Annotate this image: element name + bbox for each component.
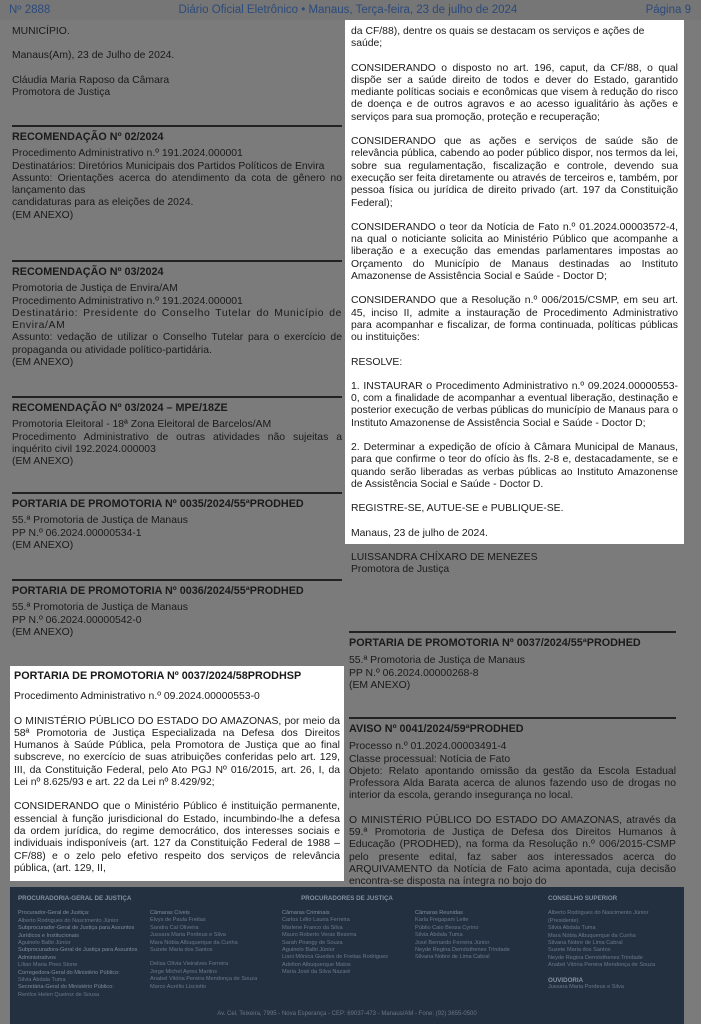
- footer-name: Secretária-Geral do Ministério Público:: [18, 984, 148, 991]
- section-title: RECOMENDAÇÃO Nº 03/2024: [12, 260, 342, 278]
- rec03-line: (EM ANEXO): [12, 357, 342, 369]
- section-portaria-36: PORTARIA DE PROMOTORIA Nº 0036/2024/55ªP…: [12, 579, 342, 639]
- footer-pgj: PROCURADORIA-GERAL DE JUSTIÇA Procurador…: [18, 895, 148, 999]
- section-portaria-35: PORTARIA DE PROMOTORIA Nº 0035/2024/55ªP…: [12, 492, 342, 552]
- page-number: Página 9: [646, 4, 691, 16]
- footer-name: Silvana Nobre de Lima Cabral: [415, 954, 545, 961]
- port36-line: PP N.º 06.2024.00000542-0: [12, 615, 342, 627]
- portaria-continuation: da CF/88), dentre os quais se destacam o…: [351, 26, 678, 576]
- footer-name: Suzete Maria dos Santos: [150, 947, 280, 954]
- footer-heading: OUVIDORIA: [548, 977, 682, 984]
- footer-name: Marlene Franco da Silva: [282, 925, 412, 932]
- cont-role: Promotora de Justiça: [351, 564, 678, 576]
- footer-name: Delisa Olívia Vieiralves Ferreira: [150, 961, 280, 968]
- cont-paragraph: 1. INSTAURAR o Procedimento Administrati…: [351, 381, 678, 430]
- footer-name: Alberto Rodrigues do Nascimento Júnior: [548, 910, 682, 917]
- footer-name: Silvia Abdala Tuma: [415, 932, 545, 939]
- footer-name: Jussara Maria Pordeus e Silva: [548, 984, 682, 991]
- footer-name: Sarah Pirangy de Souza: [282, 940, 412, 947]
- rec02-line: Assunto: Orientações acerca do atendimen…: [12, 173, 342, 198]
- cont-paragraph: CONSIDERANDO que a Resolução n.º 006/201…: [351, 295, 678, 344]
- aviso-line: Classe processual: Notícia de Fato: [349, 754, 676, 766]
- footer-name: Mara Nóbia Albuquerque da Cunha: [548, 933, 682, 940]
- rec03-line: Procedimento Administrativo n.º 191.2024…: [12, 296, 342, 308]
- left-column: MUNICÍPIO. Manaus(Am), 23 de Julho de 20…: [12, 26, 342, 99]
- rec02-line: (EM ANEXO): [12, 210, 342, 222]
- section-title: PORTARIA DE PROMOTORIA Nº 0035/2024/55ªP…: [12, 492, 342, 510]
- footer-name: Sandra Cal Oliveira: [150, 925, 280, 932]
- footer-name: Neyde Regina Demósthenes Trindade: [548, 955, 682, 962]
- rec03-line: Promotoria de Justiça de Envira/AM: [12, 283, 342, 295]
- footer-heading: CONSELHO SUPERIOR: [548, 895, 682, 902]
- cont-signer: LUISSANDRA CHÍXARO DE MENEZES: [351, 552, 678, 564]
- footer-name: Lílian Maria Pires Stone: [18, 962, 148, 969]
- footer-name: José Bernardo Ferreira Júnior: [415, 940, 545, 947]
- rec03-line: Assunto: vedação de utilizar o Conselho …: [12, 332, 342, 357]
- page-margin: [684, 887, 701, 1024]
- footer-name: Anabel Vitória Pereira Mendonça de Souza: [150, 976, 280, 983]
- footer-name: Corregedora-Geral do Ministério Público:: [18, 970, 148, 977]
- intro-role: Promotora de Justiça: [12, 87, 342, 99]
- footer-name: Adelton Albuquerque Matos: [282, 962, 412, 969]
- footer-camaras-civeis: Câmaras Cíveis Elvys de Paula FreitasSan…: [150, 910, 280, 991]
- footer-name: Subprocurador-Geral de Justiça para Assu…: [18, 925, 148, 940]
- footer-name: Jussara Maria Pordeus e Silva: [150, 932, 280, 939]
- cont-paragraph: da CF/88), dentre os quais se destacam o…: [351, 26, 678, 51]
- footer-name: Anabel Vitória Pereira Mendonça de Souza: [548, 962, 682, 969]
- footer-name: Aguinelo Balbi Júnior: [18, 940, 148, 947]
- port35-line: PP N.º 06.2024.00000534-1: [12, 528, 342, 540]
- footer-subheading: Câmaras Reunidas: [415, 910, 545, 917]
- section-portaria-37-hed: PORTARIA DE PROMOTORIA Nº 0037/2024/55ªP…: [349, 631, 676, 692]
- rec02-line: Destinatários: Diretórios Municipais dos…: [12, 161, 342, 173]
- footer-name: Silvana Nobre de Lima Cabral: [548, 940, 682, 947]
- footer-name: (Presidente): [548, 918, 682, 925]
- footer-name: Liani Mônica Guedes de Freitas Rodrigues: [282, 954, 412, 961]
- cont-paragraph: CONSIDERANDO o disposto no art. 196, cap…: [351, 63, 678, 124]
- footer-subheading: Câmaras Cíveis: [150, 910, 280, 917]
- rec02-line: candidaturas para as eleições de 2024.: [12, 197, 342, 209]
- cont-date: Manaus, 23 de julho de 2024.: [351, 528, 678, 540]
- footer-name: Silvia Abdala Tuma: [548, 925, 682, 932]
- cont-paragraph: CONSIDERANDO o teor da Notícia de Fato n…: [351, 222, 678, 283]
- port36-line: (EM ANEXO): [12, 627, 342, 639]
- footer-name: Subprocuradora-Geral de Justiça para Ass…: [18, 947, 148, 962]
- rec03mpe-line: Promotoria Eleitoral - 18ª Zona Eleitora…: [12, 419, 342, 431]
- cont-paragraph: CONSIDERANDO que as ações e serviços de …: [351, 136, 678, 210]
- section-title: PORTARIA DE PROMOTORIA Nº 0037/2024/58PR…: [14, 668, 340, 682]
- section-rec-03: RECOMENDAÇÃO Nº 03/2024 Promotoria de Ju…: [12, 260, 342, 369]
- footer-name: Aguinelo Balbi Júnior: [282, 947, 412, 954]
- section-title: PORTARIA DE PROMOTORIA Nº 0037/2024/55ªP…: [349, 631, 676, 649]
- footer-name: Mauro Roberto Veras Bezerra: [282, 932, 412, 939]
- footer-conselho: CONSELHO SUPERIOR Alberto Rodrigues do N…: [548, 895, 682, 991]
- footer-address: Av. Cel. Teixeira, 7995 - Nova Esperança…: [10, 1011, 684, 1018]
- footer-name: Neyde Regina Demósthenes Trindade: [415, 947, 545, 954]
- footer-camaras-reunidas: Câmaras Reunidas Karla Fregapani LeitePú…: [415, 910, 545, 962]
- issue-number: Nº 2888: [9, 4, 50, 16]
- footer-name: Procurador-Geral de Justiça:: [18, 910, 148, 917]
- aviso-line: Objeto: Relato apontando omissão da gest…: [349, 766, 676, 803]
- page-header: Nº 2888 Diário Oficial Eletrônico • Mana…: [0, 0, 701, 20]
- footer-name: Karla Fregapani Leite: [415, 917, 545, 924]
- port37hed-line: PP N.º 06.2024.00000268-8: [349, 668, 676, 680]
- port37hsp-paragraph: CONSIDERANDO que o Ministério Público é …: [14, 801, 340, 875]
- rec03-line: Destinatário: Presidente do Conselho Tut…: [12, 308, 342, 333]
- intro-signer: Cláudia Maria Raposo da Câmara: [12, 75, 342, 87]
- port36-line: 55.ª Promotoria de Justiça de Manaus: [12, 602, 342, 614]
- section-title: RECOMENDAÇÃO Nº 03/2024 – MPE/18ZE: [12, 396, 342, 414]
- footer-name: Mara Nóbia Albuquerque da Cunha: [150, 940, 280, 947]
- port37hed-line: 55.ª Promotoria de Justiça de Manaus: [349, 655, 676, 667]
- page-footer: PROCURADORIA-GERAL DE JUSTIÇA Procurador…: [10, 887, 684, 1024]
- footer-camaras-criminais: Câmaras Criminais Carlos Lélio Lauria Fe…: [282, 910, 412, 977]
- cont-resolve: RESOLVE:: [351, 357, 678, 369]
- intro-line: MUNICÍPIO.: [12, 26, 342, 38]
- section-title: AVISO Nº 0041/2024/59ªPRODHED: [349, 717, 676, 735]
- rec03mpe-line: Procedimento Administrativo de outras at…: [12, 432, 342, 457]
- footer-name: Silvia Abdala Tuma: [18, 977, 148, 984]
- footer-name: Jorge Michel Ayres Martins: [150, 969, 280, 976]
- section-portaria-37-hsp: PORTARIA DE PROMOTORIA Nº 0037/2024/58PR…: [14, 668, 340, 875]
- journal-title: Diário Oficial Eletrônico • Manaus, Terç…: [50, 4, 645, 16]
- footer-name: Renilce Helen Queiroz de Sousa: [18, 992, 148, 999]
- footer-subheading: Câmaras Criminais: [282, 910, 412, 917]
- footer-name: Suzete Maria dos Santos: [548, 947, 682, 954]
- footer-name: Carlos Lélio Lauria Ferreira: [282, 917, 412, 924]
- section-rec-02: RECOMENDAÇÃO Nº 02/2024 Procedimento Adm…: [12, 125, 342, 222]
- footer-name: Públio Caio Bessa Cyrino: [415, 925, 545, 932]
- section-title: RECOMENDAÇÃO Nº 02/2024: [12, 125, 342, 143]
- footer-heading: PROCURADORES DE JUSTIÇA: [301, 895, 393, 902]
- rec02-line: Procedimento Administrativo n.º 191.2024…: [12, 148, 342, 160]
- rec03mpe-line: (EM ANEXO): [12, 456, 342, 468]
- cont-paragraph: 2. Determinar a expedição de ofício à Câ…: [351, 442, 678, 491]
- section-title: PORTARIA DE PROMOTORIA Nº 0036/2024/55ªP…: [12, 579, 342, 597]
- footer-name: Elvys de Paula Freitas: [150, 917, 280, 924]
- aviso-paragraph: O MINISTÉRIO PÚBLICO DO ESTADO DO AMAZON…: [349, 815, 676, 889]
- intro-date: Manaus(Am), 23 de Julho de 2024.: [12, 50, 342, 62]
- section-aviso-41: AVISO Nº 0041/2024/59ªPRODHED Processo n…: [349, 717, 676, 889]
- footer-name: Marco Aurélio Lisciotto: [150, 984, 280, 991]
- port37hsp-paragraph: O MINISTÉRIO PÚBLICO DO ESTADO DO AMAZON…: [14, 716, 340, 790]
- section-rec-03-mpe: RECOMENDAÇÃO Nº 03/2024 – MPE/18ZE Promo…: [12, 396, 342, 468]
- port35-line: 55.ª Promotoria de Justiça de Manaus: [12, 515, 342, 527]
- port37hed-line: (EM ANEXO): [349, 680, 676, 692]
- footer-name: Alberto Rodrigues do Nascimento Júnior: [18, 918, 148, 925]
- aviso-line: Processo n.º 01.2024.00003491-4: [349, 741, 676, 753]
- cont-register: REGISTRE-SE, AUTUE-SE e PUBLIQUE-SE.: [351, 503, 678, 515]
- footer-name: Maria José da Silva Nazaré: [282, 969, 412, 976]
- port35-line: (EM ANEXO): [12, 540, 342, 552]
- port37hsp-proc: Procedimento Administrativo n.º 09.2024.…: [14, 691, 340, 703]
